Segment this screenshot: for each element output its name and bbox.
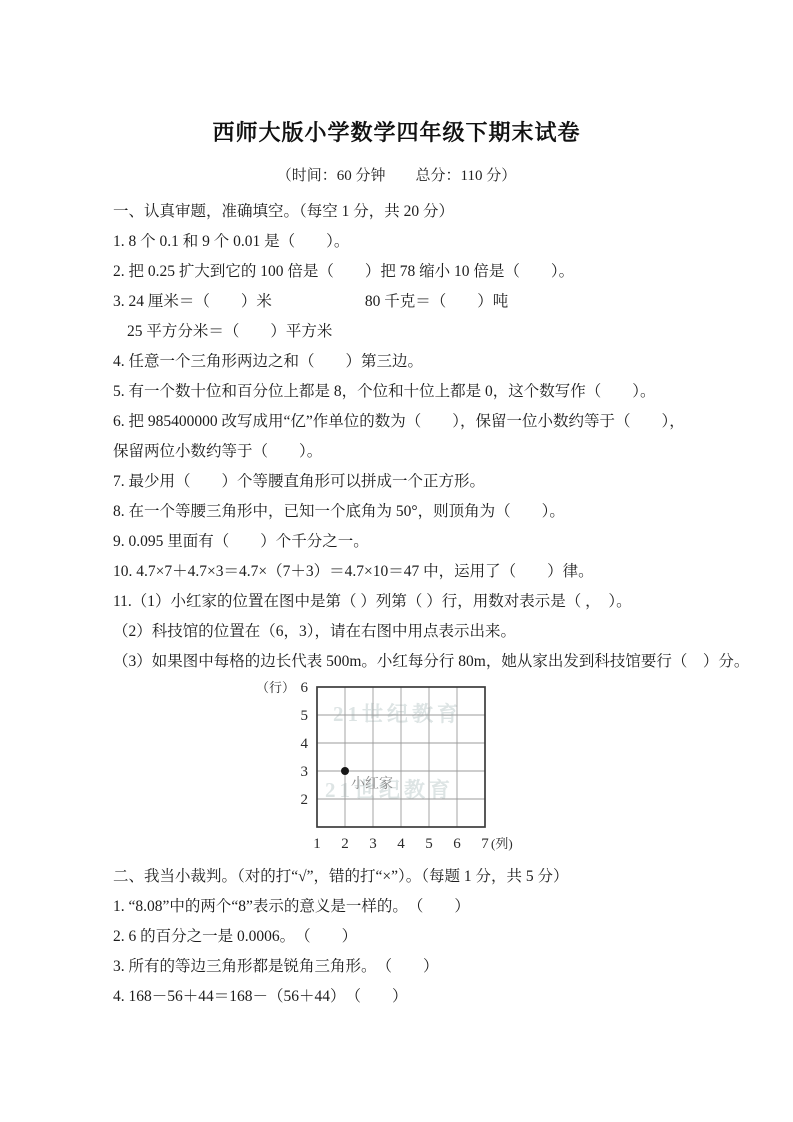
fill-blank-line-2: 2. 把 0.25 扩大到它的 100 倍是（ ）把 78 缩小 10 倍是（ …	[113, 257, 693, 287]
point-label: 小红家	[351, 776, 393, 792]
x-tick-label: 3	[369, 836, 377, 852]
true-false-item-2: 2. 6 的百分之一是 0.0006。 （ ）	[113, 922, 693, 952]
answer-bracket: （ ）	[295, 922, 357, 952]
fill-blank-line-6b: 保留两位小数约等于（ ）。	[113, 437, 693, 467]
x-tick-label: 4	[397, 836, 405, 852]
row-axis-label: （行）	[256, 680, 295, 695]
watermark-text: 21世纪教育	[333, 702, 462, 726]
fill-blank-line-11-1: 11.（1）小红家的位置在图中是第（ ）列第（ ）行，用数对表示是（ ， ）。	[113, 587, 693, 617]
y-tick-label: 2	[301, 792, 309, 808]
col-axis-label: (列)	[491, 836, 513, 851]
answer-bracket: （ ）	[377, 952, 439, 982]
true-false-item-3: 3. 所有的等边三角形都是锐角三角形。 （ ）	[113, 952, 693, 982]
y-tick-label: 5	[301, 708, 309, 724]
fill-blank-line-9: 9. 0.095 里面有（ ）个千分之一。	[113, 527, 693, 557]
statement: 2. 6 的百分之一是 0.0006。	[113, 928, 295, 945]
fill-blank-line-10: 10. 4.7×7＋4.7×3＝4.7×（7＋3）＝4.7×10＝47 中，运用…	[113, 557, 693, 587]
point-xiaohong-home	[341, 767, 349, 775]
page-title: 西师大版小学数学四年级下期末试卷	[0, 116, 793, 147]
section-1-heading: 一、认真审题，准确填空。（每空 1 分，共 20 分）	[113, 197, 693, 227]
x-tick-label: 2	[341, 836, 349, 852]
true-false-item-1: 1. “8.08”中的两个“8”表示的意义是一样的。 （ ）	[113, 892, 693, 922]
y-tick-label: 3	[301, 764, 309, 780]
answer-bracket: （ ）	[408, 892, 470, 922]
true-false-item-4: 4. 168－56＋44＝168－（56＋44） （ ）	[113, 982, 693, 1012]
x-tick-label: 5	[425, 836, 433, 852]
coordinate-grid: 21世纪教育21世纪教育65432（行）1234567(列)小红家	[255, 677, 535, 862]
fill-blank-line-6: 6. 把 985400000 改写成用“亿”作单位的数为（ ），保留一位小数约等…	[113, 407, 693, 437]
statement: 1. “8.08”中的两个“8”表示的意义是一样的。	[113, 898, 408, 915]
fill-blank-line-11-3: （3）如果图中每格的边长代表 500m。小红每分行 80m，她从家出发到科技馆要…	[113, 647, 693, 677]
coordinate-grid-figure: 21世纪教育21世纪教育65432（行）1234567(列)小红家	[255, 677, 693, 862]
answer-bracket: （ ）	[346, 982, 408, 1012]
fill-blank-line-4: 4. 任意一个三角形两边之和（ ）第三边。	[113, 347, 693, 377]
fill-blank-line-11-2: （2）科技馆的位置在（6，3），请在右图中用点表示出来。	[113, 617, 693, 647]
fill-blank-line-1: 1. 8 个 0.1 和 9 个 0.01 是（ ）。	[113, 227, 693, 257]
exam-info: （时间：60 分钟 总分：110 分）	[0, 164, 793, 185]
x-tick-label: 6	[453, 836, 461, 852]
y-tick-label: 4	[301, 736, 309, 752]
fill-blank-line-7: 7. 最少用（ ）个等腰直角形可以拼成一个正方形。	[113, 467, 693, 497]
section-2-heading: 二、我当小裁判。（对的打“√”，错的打“×”）。（每题 1 分，共 5 分）	[113, 862, 693, 892]
y-tick-label: 6	[301, 680, 309, 696]
x-tick-label: 7	[481, 836, 489, 852]
exam-body: 一、认真审题，准确填空。（每空 1 分，共 20 分） 1. 8 个 0.1 和…	[113, 197, 693, 1012]
fill-blank-line-5: 5. 有一个数十位和百分位上都是 8，个位和十位上都是 0，这个数写作（ ）。	[113, 377, 693, 407]
fill-blank-line-8: 8. 在一个等腰三角形中，已知一个底角为 50°，则顶角为（ ）。	[113, 497, 693, 527]
statement: 4. 168－56＋44＝168－（56＋44）	[113, 988, 346, 1005]
statement: 3. 所有的等边三角形都是锐角三角形。	[113, 958, 377, 975]
fill-blank-line-3: 3. 24 厘米＝（ ）米 80 千克＝（ ）吨	[113, 287, 693, 317]
x-tick-label: 1	[313, 836, 321, 852]
fill-blank-line-3b: 25 平方分米＝（ ）平方米	[113, 317, 693, 347]
